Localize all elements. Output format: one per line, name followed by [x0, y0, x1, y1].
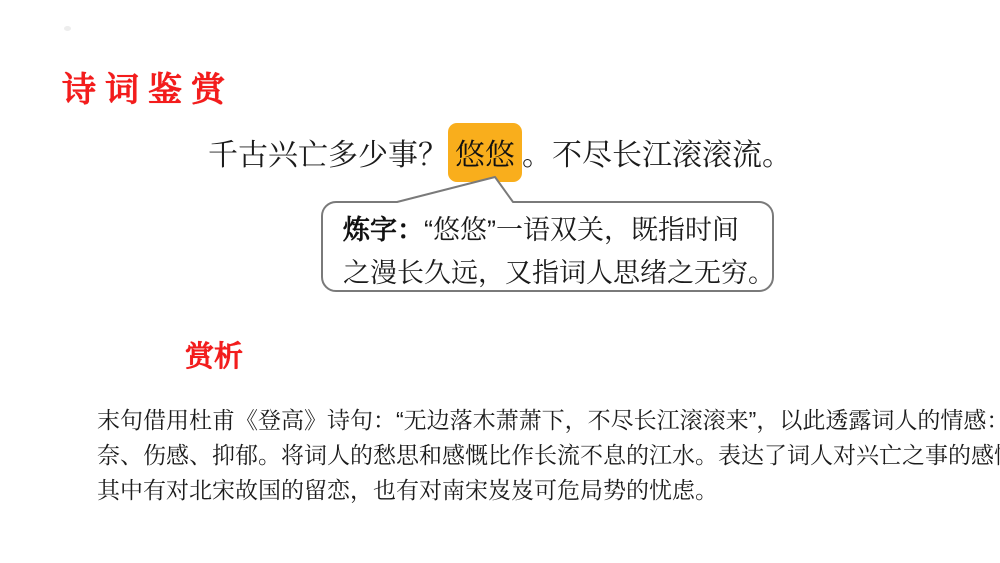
analysis-line: 奈、伤感、抑郁。将词人的愁思和感慨比作长流不息的江水。表达了词人对兴亡之事的感慨…: [97, 438, 957, 473]
callout-line-2: 之漫长久远，又指词人思绪之无穷。: [343, 252, 763, 295]
section-title: 赏析: [185, 334, 243, 375]
analysis-line: 其中有对北宋故国的留恋，也有对南宋岌岌可危局势的忧虑。: [97, 473, 957, 508]
stray-dot: [64, 26, 71, 31]
callout-label: 炼字：: [343, 215, 424, 245]
analysis-line: 末句借用杜甫《登高》诗句：“无边落木萧萧下，不尽长江滚滚来”，以此透露词人的情感…: [97, 403, 957, 438]
callout-text: 炼字：“悠悠”一语双关，既指时间 之漫长久远，又指词人思绪之无穷。: [343, 209, 763, 295]
callout-line-1: 炼字：“悠悠”一语双关，既指时间: [343, 209, 763, 252]
callout-line-1-text: “悠悠”一语双关，既指时间: [424, 215, 739, 245]
analysis-paragraph: 末句借用杜甫《登高》诗句：“无边落木萧萧下，不尽长江滚滚来”，以此透露词人的情感…: [97, 403, 957, 508]
slide-title: 诗词鉴赏: [62, 62, 234, 111]
presentation-slide: 诗词鉴赏 千古兴亡多少事？悠悠。不尽长江滚滚流。 炼字：“悠悠”一语双关，既指时…: [0, 0, 1000, 563]
